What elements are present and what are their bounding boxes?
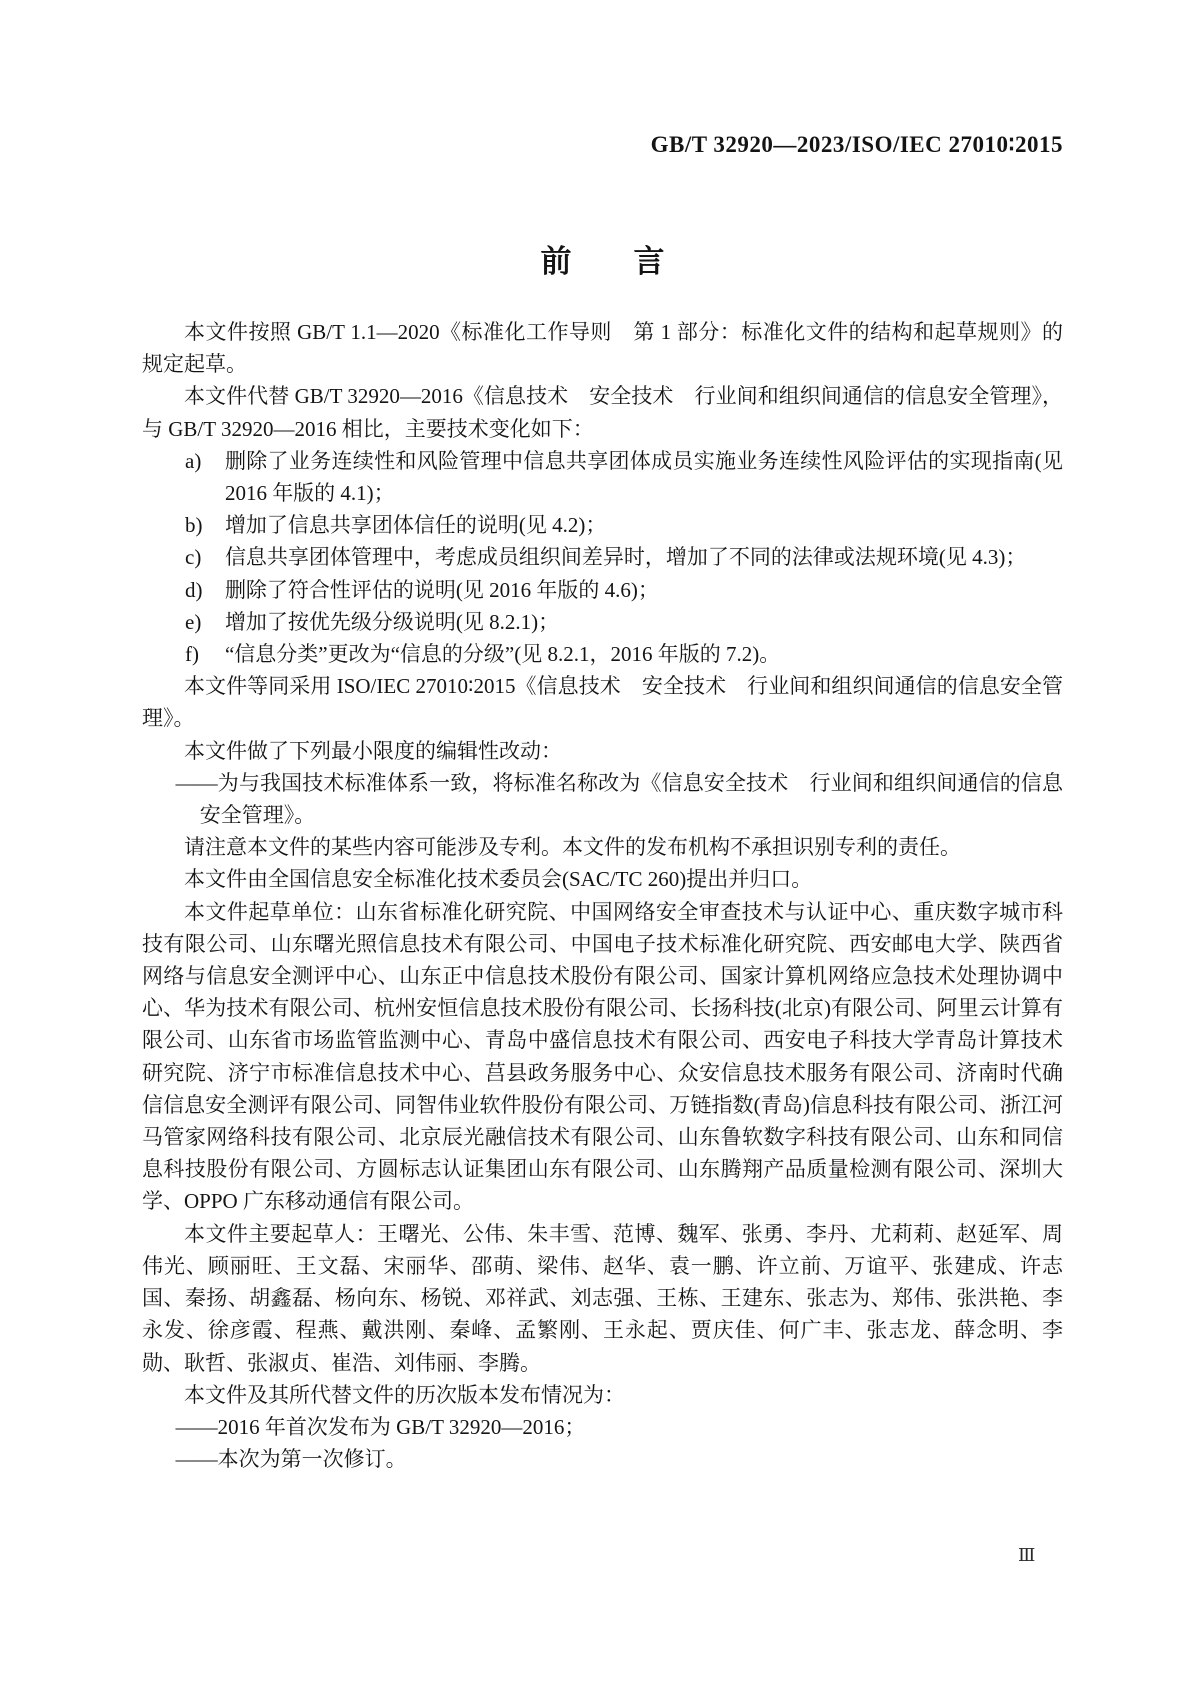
paragraph-committee: 本文件由全国信息安全标准化技术委员会(SAC/TC 260)提出并归口。 [142, 863, 1063, 895]
dash-item-history-first-release: ——2016 年首次发布为 GB/T 32920—2016； [142, 1411, 1063, 1443]
paragraph-editorial-intro: 本文件做了下列最小限度的编辑性改动： [142, 735, 1063, 767]
change-item-text: 删除了业务连续性和风险管理中信息共享团体成员实施业务连续性风险评估的实现指南(见… [225, 449, 1063, 505]
dash-item-editorial-change: ——为与我国技术标准体系一致，将标准名称改为《信息安全技术 行业间和组织间通信的… [142, 767, 1063, 831]
paragraph-patent-notice: 请注意本文件的某些内容可能涉及专利。本文件的发布机构不承担识别专利的责任。 [142, 831, 1063, 863]
change-item-a: a) 删除了业务连续性和风险管理中信息共享团体成员实施业务连续性风险评估的实现指… [142, 445, 1063, 509]
change-item-c: c) 信息共享团体管理中，考虑成员组织间差异时，增加了不同的法律或法规环境(见 … [142, 541, 1063, 573]
change-item-text: 增加了信息共享团体信任的说明(见 4.2)； [225, 513, 607, 537]
change-item-b: b) 增加了信息共享团体信任的说明(见 4.2)； [142, 509, 1063, 541]
paragraph-drafting-basis: 本文件按照 GB/T 1.1—2020《标准化工作导则 第 1 部分：标准化文件… [142, 316, 1063, 380]
paragraph-replacement-statement: 本文件代替 GB/T 32920—2016《信息技术 安全技术 行业间和组织间通… [142, 380, 1063, 444]
change-item-label: c) [185, 541, 201, 573]
change-item-f: f) “信息分类”更改为“信息的分级”(见 8.2.1，2016 年版的 7.2… [142, 638, 1063, 670]
change-item-text: 删除了符合性评估的说明(见 2016 年版的 4.6)； [225, 578, 659, 602]
change-item-d: d) 删除了符合性评估的说明(见 2016 年版的 4.6)； [142, 574, 1063, 606]
paragraph-drafting-units: 本文件起草单位：山东省标准化研究院、中国网络安全审查技术与认证中心、重庆数字城市… [142, 896, 1063, 1218]
change-item-label: b) [185, 509, 203, 541]
paragraph-identical-adoption: 本文件等同采用 ISO/IEC 27010∶2015《信息技术 安全技术 行业间… [142, 670, 1063, 734]
change-item-text: “信息分类”更改为“信息的分级”(见 8.2.1，2016 年版的 7.2)。 [225, 642, 780, 666]
paragraph-drafters: 本文件主要起草人：王曙光、公伟、朱丰雪、范博、魏军、张勇、李丹、尤莉莉、赵延军、… [142, 1218, 1063, 1379]
foreword-body: 本文件按照 GB/T 1.1—2020《标准化工作导则 第 1 部分：标准化文件… [142, 316, 1063, 1475]
page-number: Ⅲ [1018, 1545, 1036, 1566]
change-item-label: f) [185, 638, 199, 670]
change-item-text: 信息共享团体管理中，考虑成员组织间差异时，增加了不同的法律或法规环境(见 4.3… [225, 545, 1026, 569]
page-title: 前 言 [142, 236, 1063, 281]
paragraph-history-intro: 本文件及其所代替文件的历次版本发布情况为： [142, 1379, 1063, 1411]
change-item-label: e) [185, 606, 201, 638]
standard-number-header: GB/T 32920—2023/ISO/IEC 27010∶2015 [142, 132, 1063, 158]
change-item-label: a) [185, 445, 201, 477]
change-item-text: 增加了按优先级分级说明(见 8.2.1)； [225, 610, 559, 634]
change-item-label: d) [185, 574, 203, 606]
dash-item-history-current-revision: ——本次为第一次修订。 [142, 1443, 1063, 1475]
document-page: GB/T 32920—2023/ISO/IEC 27010∶2015 前 言 本… [0, 0, 1191, 1685]
change-item-e: e) 增加了按优先级分级说明(见 8.2.1)； [142, 606, 1063, 638]
